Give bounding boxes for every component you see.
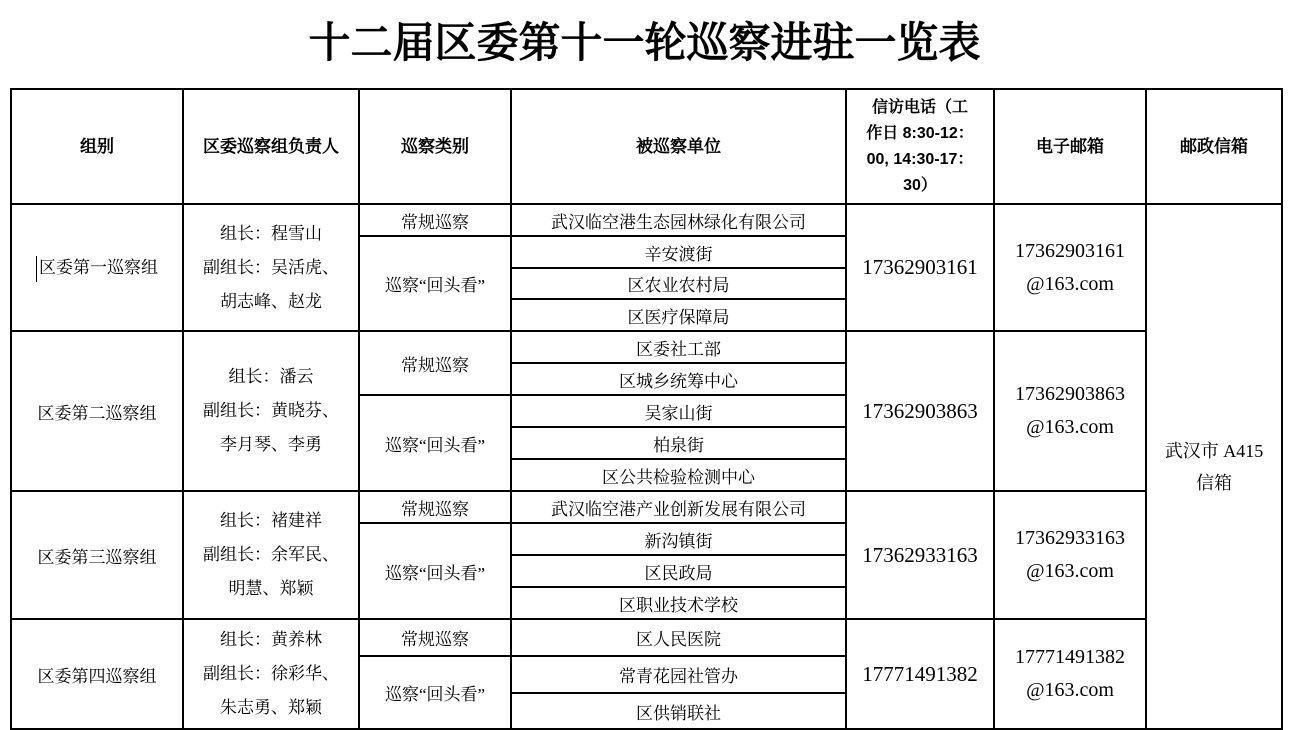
email-cell: 17362903161 @163.com <box>994 204 1146 331</box>
unit-cell: 柏泉街 <box>511 427 846 459</box>
unit-cell: 区医疗保障局 <box>511 299 846 331</box>
header-group: 组别 <box>11 89 183 204</box>
group-leaders-cell: 组长：黄养林 副组长：徐彩华、 朱志勇、郑颖 <box>183 619 359 729</box>
phone-cell: 17362933163 <box>846 491 994 619</box>
inspection-roster-table: 组别 区委巡察组负责人 巡察类别 被巡察单位 信访电话（工 作日 8:30-12… <box>10 88 1283 730</box>
page-title: 十二届区委第十一轮巡察进驻一览表 <box>0 10 1289 70</box>
group-leaders-cell: 组长：潘云 副组长：黄晓芬、 李月琴、李勇 <box>183 331 359 491</box>
unit-cell: 区民政局 <box>511 555 846 587</box>
category-lookback-cell: 巡察“回头看” <box>359 656 511 729</box>
header-postal: 邮政信箱 <box>1146 89 1282 204</box>
group-leaders-cell: 组长：褚建祥 副组长：余军民、 明慧、郑颖 <box>183 491 359 619</box>
unit-cell: 新沟镇街 <box>511 523 846 555</box>
unit-cell: 区职业技术学校 <box>511 587 846 619</box>
group-name-cell: 区委第四巡察组 <box>11 619 183 729</box>
group-name-cell: 区委第一巡察组 <box>11 204 183 331</box>
table-header-row: 组别 区委巡察组负责人 巡察类别 被巡察单位 信访电话（工 作日 8:30-12… <box>11 89 1282 204</box>
email-cell: 17362933163 @163.com <box>994 491 1146 619</box>
unit-cell: 区公共检验检测中心 <box>511 459 846 491</box>
group-name-cell: 区委第三巡察组 <box>11 491 183 619</box>
unit-cell: 区农业农村局 <box>511 268 846 299</box>
header-units: 被巡察单位 <box>511 89 846 204</box>
unit-cell: 武汉临空港产业创新发展有限公司 <box>511 491 846 523</box>
table-row: 区委第四巡察组 组长：黄养林 副组长：徐彩华、 朱志勇、郑颖 常规巡察 区人民医… <box>11 619 1282 656</box>
unit-cell: 辛安渡街 <box>511 236 846 268</box>
phone-cell: 17771491382 <box>846 619 994 729</box>
table-row: 区委第三巡察组 组长：褚建祥 副组长：余军民、 明慧、郑颖 常规巡察 武汉临空港… <box>11 491 1282 523</box>
group-leaders-cell: 组长：程雪山 副组长：吴活虎、 胡志峰、赵龙 <box>183 204 359 331</box>
unit-cell: 区供销联社 <box>511 693 846 729</box>
unit-cell: 区人民医院 <box>511 619 846 656</box>
email-cell: 17362903863 @163.com <box>994 331 1146 491</box>
postal-box-cell: 武汉市 A415 信箱 <box>1146 204 1282 729</box>
group-name: 区委第一巡察组 <box>39 258 158 277</box>
category-regular-cell: 常规巡察 <box>359 204 511 236</box>
table-row: 区委第一巡察组 组长：程雪山 副组长：吴活虎、 胡志峰、赵龙 常规巡察 武汉临空… <box>11 204 1282 236</box>
text-cursor-artifact <box>36 256 37 282</box>
category-lookback-cell: 巡察“回头看” <box>359 236 511 331</box>
header-leaders: 区委巡察组负责人 <box>183 89 359 204</box>
email-cell: 17771491382 @163.com <box>994 619 1146 729</box>
category-lookback-cell: 巡察“回头看” <box>359 395 511 491</box>
header-email: 电子邮箱 <box>994 89 1146 204</box>
unit-cell: 区城乡统筹中心 <box>511 363 846 395</box>
header-category: 巡察类别 <box>359 89 511 204</box>
unit-cell: 常青花园社管办 <box>511 656 846 693</box>
unit-cell: 区委社工部 <box>511 331 846 363</box>
category-regular-cell: 常规巡察 <box>359 331 511 395</box>
category-regular-cell: 常规巡察 <box>359 619 511 656</box>
category-regular-cell: 常规巡察 <box>359 491 511 523</box>
category-lookback-cell: 巡察“回头看” <box>359 523 511 619</box>
group-name: 区委第二巡察组 <box>38 404 157 423</box>
table-row: 区委第二巡察组 组长：潘云 副组长：黄晓芬、 李月琴、李勇 常规巡察 区委社工部… <box>11 331 1282 363</box>
group-name: 区委第三巡察组 <box>38 548 157 567</box>
unit-cell: 吴家山街 <box>511 395 846 427</box>
phone-cell: 17362903161 <box>846 204 994 331</box>
group-name-cell: 区委第二巡察组 <box>11 331 183 491</box>
group-name: 区委第四巡察组 <box>38 667 157 686</box>
header-phone: 信访电话（工 作日 8:30-12： 00, 14:30-17： 30） <box>846 89 994 204</box>
unit-cell: 武汉临空港生态园林绿化有限公司 <box>511 204 846 236</box>
phone-cell: 17362903863 <box>846 331 994 491</box>
